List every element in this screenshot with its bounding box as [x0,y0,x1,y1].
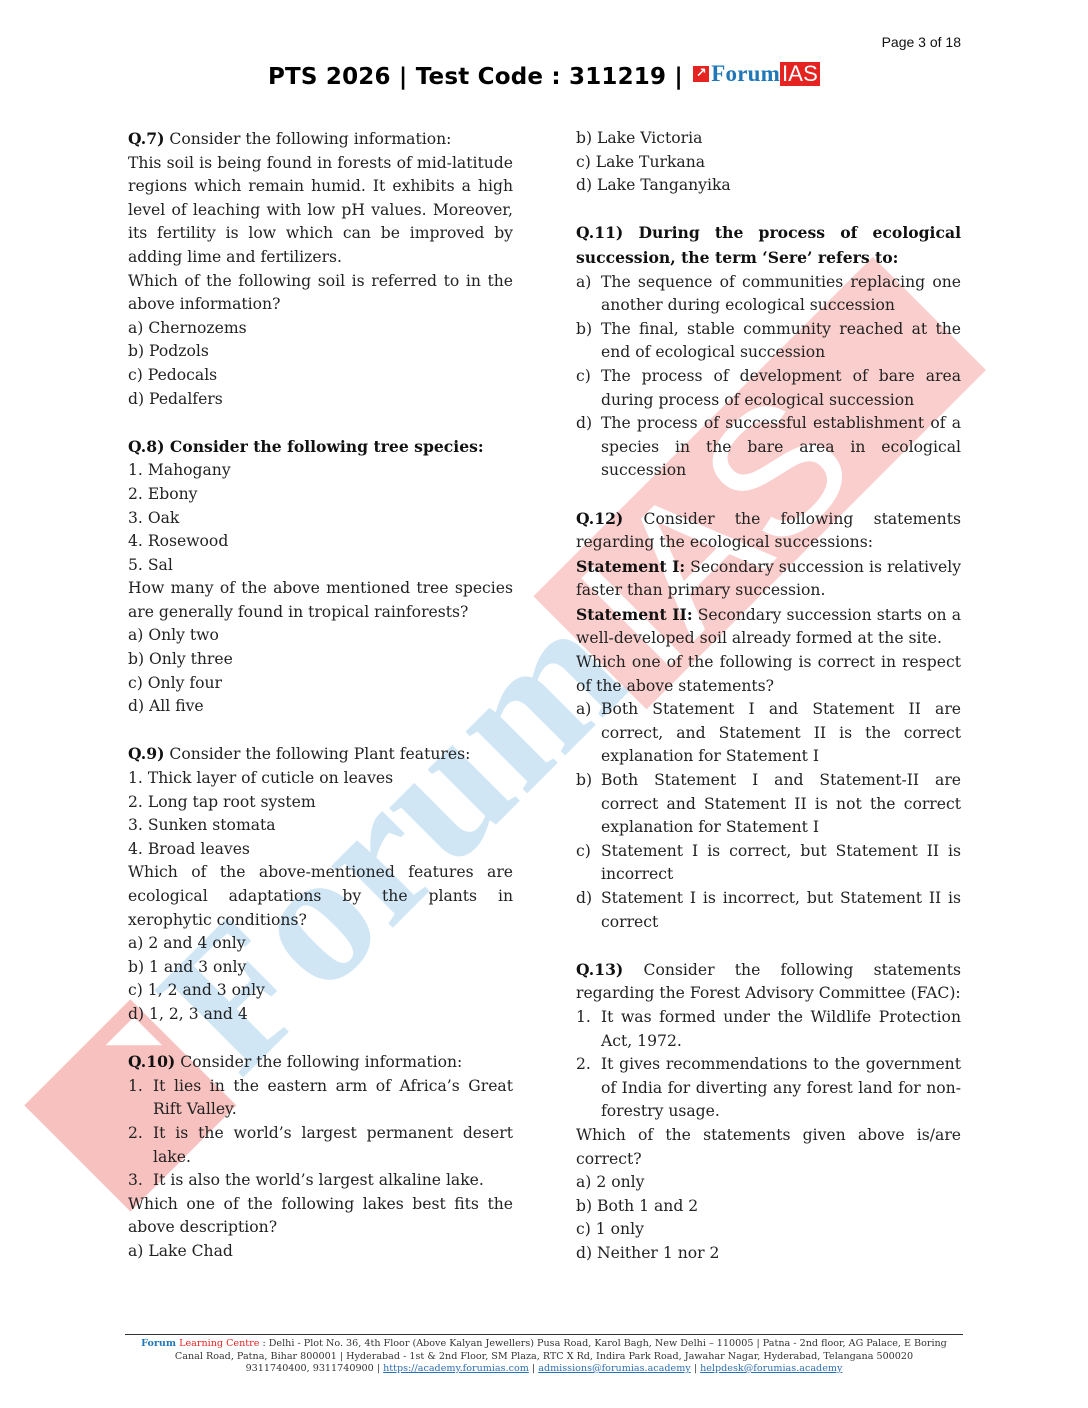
page-header: PTS 2026 | Test Code : 311219 | ↗ Forum … [0,64,1088,91]
option-a: a) Chernozems [128,317,513,341]
option-b: b)The final, stable community reached at… [576,318,961,365]
option-d: d) Neither 1 nor 2 [576,1242,961,1266]
question-prompt: Which of the above-mentioned features ar… [128,861,513,932]
question-13: Q.13) Consider the following statements … [576,958,961,1266]
statement-2: Statement II: Secondary succession start… [576,603,961,651]
question-12: Q.12) Consider the following statements … [576,507,961,935]
list-item: 1. Thick layer of cuticle on leaves [128,767,513,791]
item-text: The process of successful establishment … [601,412,961,483]
statement-label: Statement I: [576,557,685,576]
question-body: This soil is being found in forests of m… [128,152,513,270]
option-d: d)Statement I is incorrect, but Statemen… [576,887,961,934]
question-number: Q.12) [576,509,623,528]
item-marker: b) [576,769,601,840]
logo-ias-text: IAS [780,62,820,86]
item-marker: b) [576,318,601,365]
item-marker: d) [576,412,601,483]
question-heading: Q.8) Consider the following tree species… [128,437,484,456]
option-c: c) 1 only [576,1218,961,1242]
item-text: The process of development of bare area … [601,365,961,412]
question-prompt: Which one of the following lakes best fi… [128,1193,513,1240]
option-c: c)Statement I is correct, but Statement … [576,840,961,887]
item-text: It was formed under the Wildlife Protect… [601,1006,961,1053]
question-stem: Consider the following information: [164,130,451,148]
item-marker: d) [576,887,601,934]
list-item: 2. Ebony [128,483,513,507]
option-b: b) Podzols [128,340,513,364]
option-a: a) Only two [128,624,513,648]
left-column: Q.7) Consider the following information:… [128,127,513,1287]
question-prompt: Which of the statements given above is/a… [576,1124,961,1171]
question-stem: Consider the following statements regard… [576,510,961,552]
arrow-icon: ↗ [693,66,709,82]
option-d: d) All five [128,695,513,719]
option-d: d) 1, 2, 3 and 4 [128,1003,513,1027]
question-stem: Consider the following information: [175,1053,462,1071]
question-prompt: Which of the following soil is referred … [128,270,513,317]
logo-forum-text: Forum [711,61,780,87]
question-number: Q.9) [128,744,164,763]
item-marker: 1. [576,1006,601,1053]
item-marker: 1. [128,1075,153,1122]
item-text: Statement I is incorrect, but Statement … [601,887,961,934]
header-title: PTS 2026 | Test Code : 311219 | [268,64,683,90]
item-marker: a) [576,271,601,318]
list-item: 4. Rosewood [128,530,513,554]
item-text: It is also the world’s largest alkaline … [153,1169,513,1193]
admissions-email-link[interactable]: admissions@forumias.academy [538,1363,691,1374]
helpdesk-email-link[interactable]: helpdesk@forumias.academy [700,1363,842,1374]
statement-1: Statement I: Secondary succession is rel… [576,555,961,603]
question-8: Q.8) Consider the following tree species… [128,435,513,719]
list-item: 2.It is the world’s largest permanent de… [128,1122,513,1169]
question-10: Q.10) Consider the following information… [128,1050,513,1263]
forumias-logo: ↗ Forum IAS [693,61,820,87]
question-9: Q.9) Consider the following Plant featur… [128,742,513,1026]
list-item: 1. Mahogany [128,459,513,483]
separator: | [529,1363,538,1374]
question-7: Q.7) Consider the following information:… [128,127,513,411]
question-11: Q.11) During the process of ecological s… [576,221,961,483]
option-a: a) Lake Chad [128,1240,513,1264]
item-marker: a) [576,698,601,769]
right-column: b) Lake Victoria c) Lake Turkana d) Lake… [576,127,961,1289]
footer-brand-learning-centre: Learning Centre [176,1338,259,1349]
list-item: 3. Sunken stomata [128,814,513,838]
page-footer: Forum Learning Centre : Delhi - Plot No.… [125,1334,963,1376]
item-text: It is the world’s largest permanent dese… [153,1122,513,1169]
separator: | [691,1363,700,1374]
option-b: b)Both Statement I and Statement-II are … [576,769,961,840]
option-b: b) Lake Victoria [576,127,961,151]
option-d: d)The process of successful establishmen… [576,412,961,483]
option-c: c) 1, 2 and 3 only [128,979,513,1003]
list-item: 1.It was formed under the Wildlife Prote… [576,1006,961,1053]
option-a: a)The sequence of communities replacing … [576,271,961,318]
item-text: Statement I is correct, but Statement II… [601,840,961,887]
question-prompt: Which one of the following is correct in… [576,651,961,698]
question-number: Q.7) [128,129,164,148]
footer-line-1: Forum Learning Centre : Delhi - Plot No.… [125,1338,963,1351]
question-10-continued: b) Lake Victoria c) Lake Turkana d) Lake… [576,127,961,198]
website-link[interactable]: https://academy.forumias.com [383,1363,529,1374]
footer-address-delhi: : Delhi - Plot No. 36, 4th Floor (Above … [259,1338,946,1349]
option-c: c) Lake Turkana [576,151,961,175]
list-item: 3. Oak [128,507,513,531]
list-item: 5. Sal [128,554,513,578]
item-marker: 3. [128,1169,153,1193]
item-text: Both Statement I and Statement-II are co… [601,769,961,840]
list-item: 1.It lies in the eastern arm of Africa’s… [128,1075,513,1122]
question-heading: Q.11) During the process of ecological s… [576,223,961,267]
question-stem: Consider the following statements regard… [576,961,961,1003]
option-d: d) Lake Tanganyika [576,174,961,198]
option-c: c) Pedocals [128,364,513,388]
list-item: 2.It gives recommendations to the govern… [576,1053,961,1124]
option-a: a) 2 and 4 only [128,932,513,956]
item-text: It lies in the eastern arm of Africa’s G… [153,1075,513,1122]
footer-line-3: 9311740400, 9311740900 | https://academy… [125,1363,963,1376]
footer-line-2: Canal Road, Patna, Bihar 800001 | Hydera… [125,1351,963,1364]
statement-label: Statement II: [576,605,693,624]
item-marker: c) [576,365,601,412]
item-text: The sequence of communities replacing on… [601,271,961,318]
item-marker: c) [576,840,601,887]
item-text: It gives recommendations to the governme… [601,1053,961,1124]
item-text: Both Statement I and Statement II are co… [601,698,961,769]
option-b: b) 1 and 3 only [128,956,513,980]
item-text: The final, stable community reached at t… [601,318,961,365]
list-item: 4. Broad leaves [128,838,513,862]
option-d: d) Pedalfers [128,388,513,412]
list-item: 3.It is also the world’s largest alkalin… [128,1169,513,1193]
footer-phones: 9311740400, 9311740900 | [246,1363,384,1374]
footer-brand-forum: Forum [141,1338,176,1349]
item-marker: 2. [128,1122,153,1169]
option-a: a)Both Statement I and Statement II are … [576,698,961,769]
question-number: Q.10) [128,1052,175,1071]
option-c: c)The process of development of bare are… [576,365,961,412]
page-indicator: Page 3 of 18 [882,34,961,50]
list-item: 2. Long tap root system [128,791,513,815]
option-b: b) Only three [128,648,513,672]
question-prompt: How many of the above mentioned tree spe… [128,577,513,624]
option-b: b) Both 1 and 2 [576,1195,961,1219]
question-number: Q.13) [576,960,623,979]
question-stem: Consider the following Plant features: [164,745,470,763]
option-a: a) 2 only [576,1171,961,1195]
option-c: c) Only four [128,672,513,696]
item-marker: 2. [576,1053,601,1124]
